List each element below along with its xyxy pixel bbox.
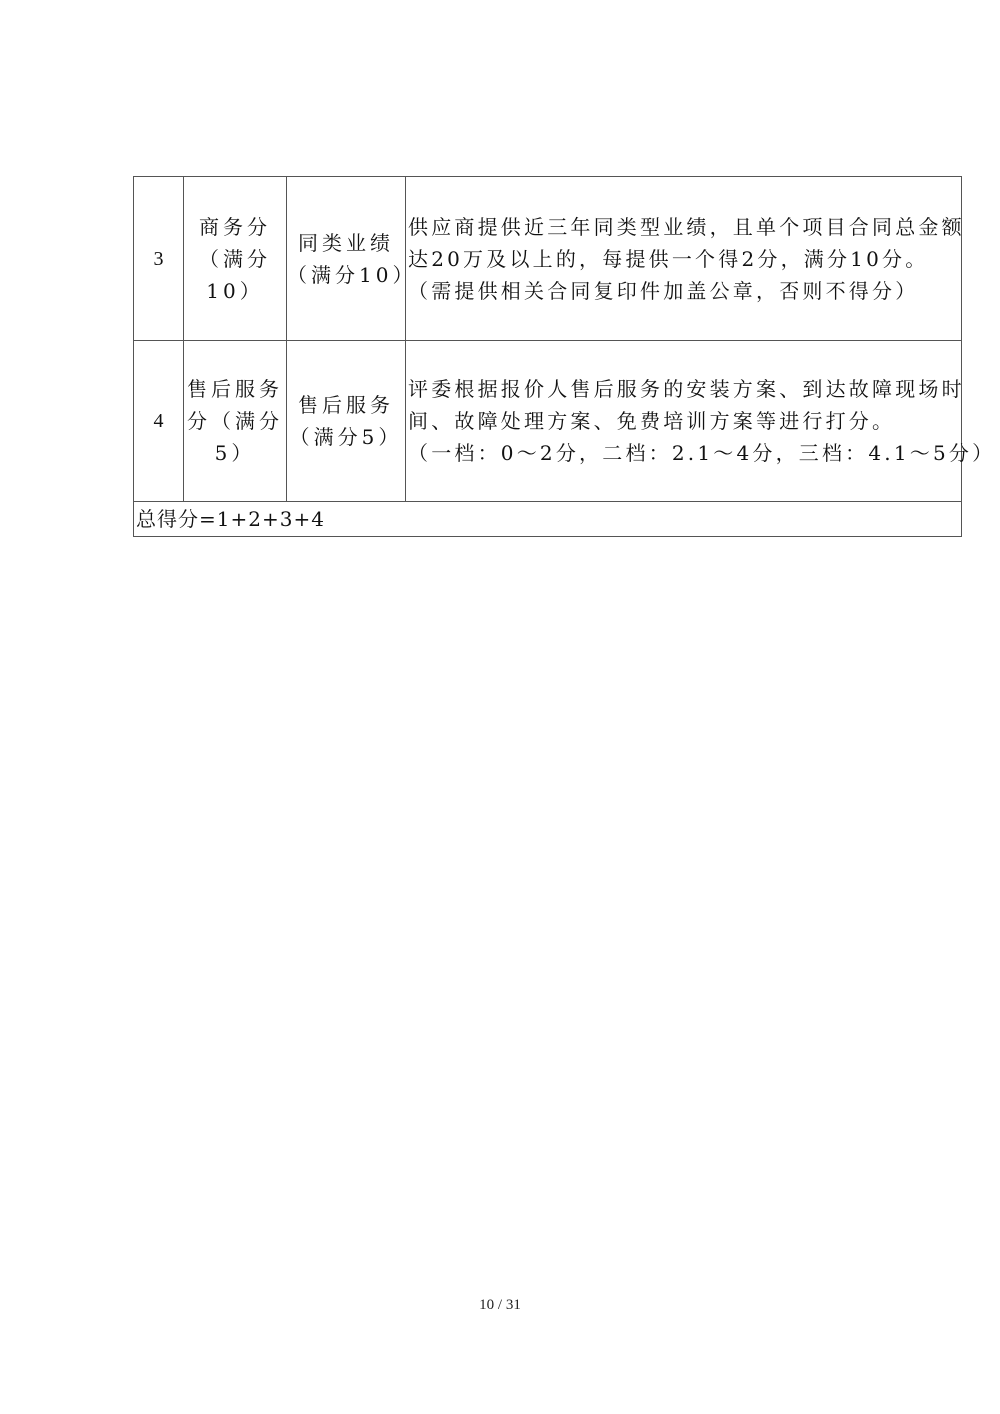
total-score-formula: 总得分=1+2+3+4 — [134, 502, 962, 537]
score-item: 售后服务 （满分5） — [287, 341, 406, 502]
table-row: 3 商务分 （满分 10） 同类业绩 （满分10） 供应商提供近三年同类型业绩，… — [134, 177, 962, 341]
table-total-row: 总得分=1+2+3+4 — [134, 502, 962, 537]
table-row: 4 售后服务 分（满分 5） 售后服务 （满分5） 评委根据报价人售后服务的安装… — [134, 341, 962, 502]
score-item: 同类业绩 （满分10） — [287, 177, 406, 341]
score-description: 评委根据报价人售后服务的安装方案、到达故障现场时 间、故障处理方案、免费培训方案… — [406, 341, 962, 502]
row-number: 3 — [134, 177, 184, 341]
row-number: 4 — [134, 341, 184, 502]
page-number: 10 / 31 — [0, 1297, 1000, 1314]
scoring-table: 3 商务分 （满分 10） 同类业绩 （满分10） 供应商提供近三年同类型业绩，… — [133, 176, 962, 537]
score-category: 商务分 （满分 10） — [184, 177, 287, 341]
score-description: 供应商提供近三年同类型业绩，且单个项目合同总金额 达20万及以上的，每提供一个得… — [406, 177, 962, 341]
document-page: 3 商务分 （满分 10） 同类业绩 （满分10） 供应商提供近三年同类型业绩，… — [0, 0, 1000, 1414]
score-category: 售后服务 分（满分 5） — [184, 341, 287, 502]
